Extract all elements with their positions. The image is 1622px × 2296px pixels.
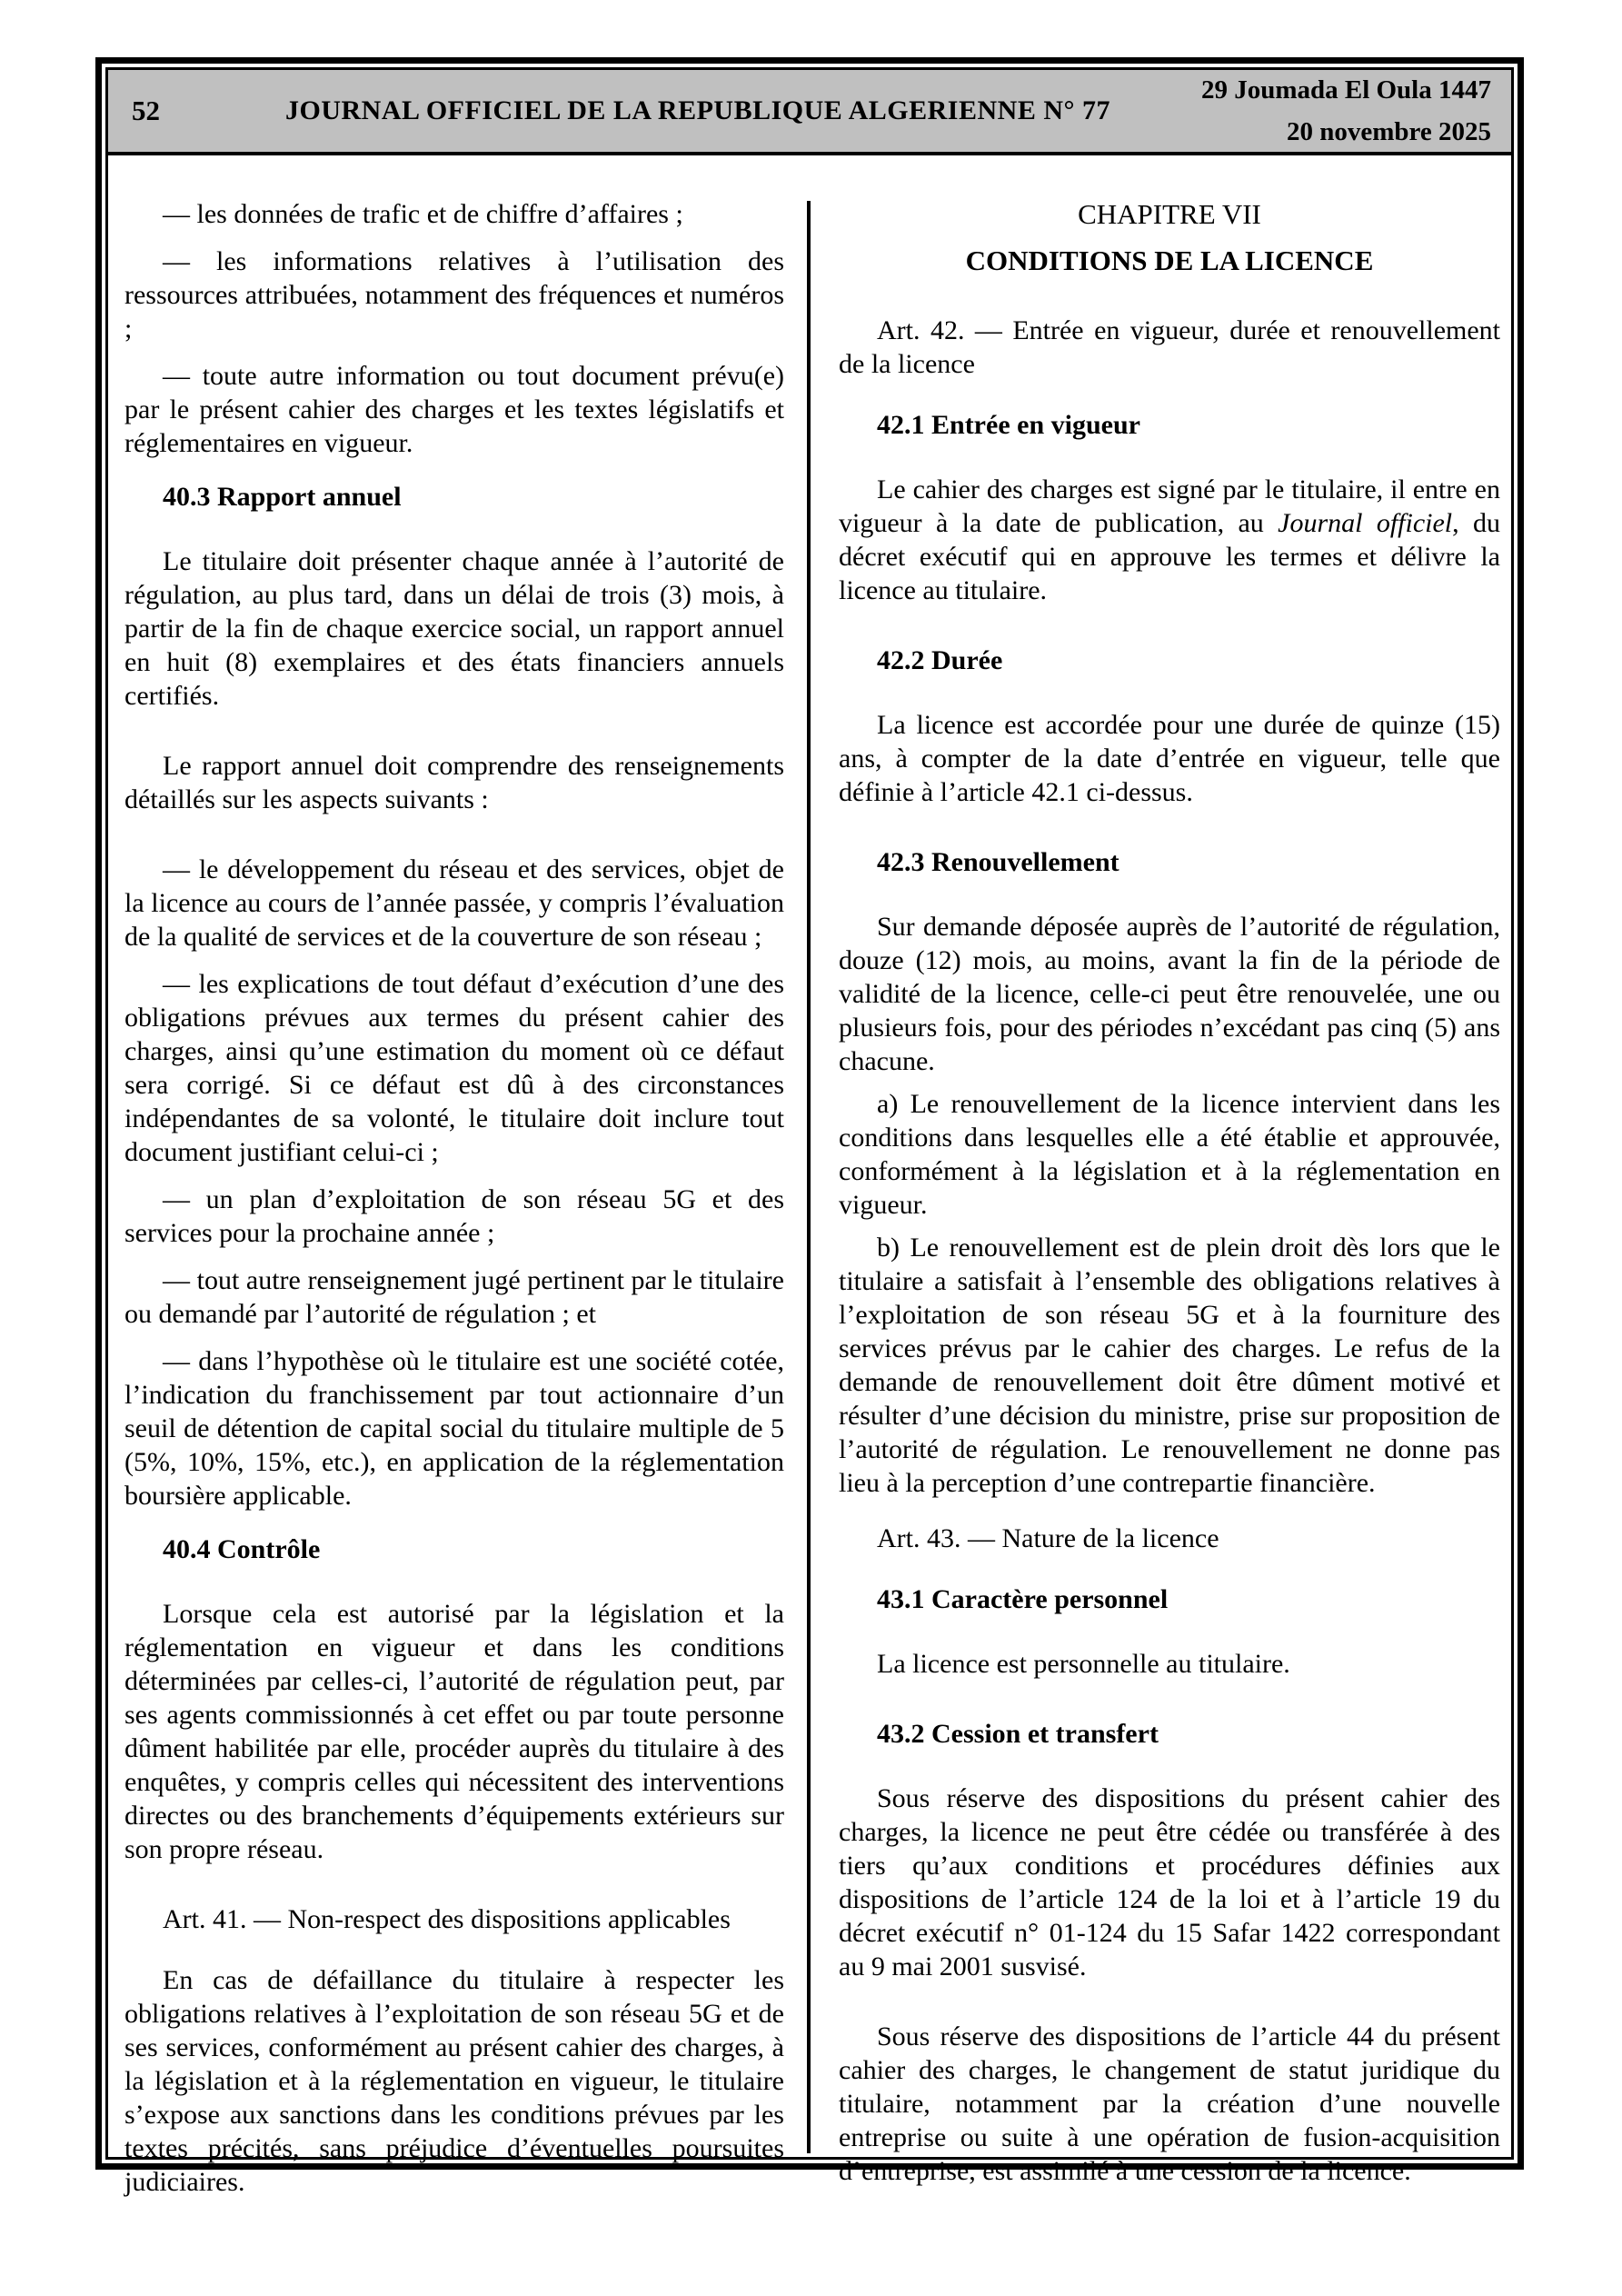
page-frame: 52 JOURNAL OFFICIEL DE LA REPUBLIQUE ALG… (105, 67, 1514, 2160)
section-heading: 43.1 Caractère personnel (839, 1582, 1500, 1616)
list-item: — le développement du réseau et des serv… (124, 853, 784, 953)
journal-header: 52 JOURNAL OFFICIEL DE LA REPUBLIQUE ALG… (108, 70, 1511, 155)
journal-title: JOURNAL OFFICIEL DE LA REPUBLIQUE ALGERI… (268, 95, 1128, 126)
section-heading: 40.3 Rapport annuel (124, 480, 784, 514)
section-heading: 42.3 Renouvellement (839, 845, 1500, 879)
list-item: — toute autre information ou tout docume… (124, 359, 784, 460)
section-heading: 40.4 Contrôle (124, 1532, 784, 1566)
list-item: — les explications de tout défaut d’exéc… (124, 967, 784, 1169)
paragraph: Sous réserve des dispositions de l’artic… (839, 2020, 1500, 2188)
paragraph: a) Le renouvellement de la licence inter… (839, 1087, 1500, 1222)
paragraph: Sur demande déposée auprès de l’autorité… (839, 910, 1500, 1078)
chapter-number: CHAPITRE VII (839, 197, 1500, 231)
column-divider (807, 201, 811, 2153)
paragraph: Le titulaire doit présenter chaque année… (124, 544, 784, 713)
article-heading: Art. 42. — Entrée en vigueur, durée et r… (839, 314, 1500, 381)
chapter-title: CONDITIONS DE LA LICENCE (839, 244, 1500, 277)
list-item: — les données de trafic et de chiffre d’… (124, 197, 784, 231)
paragraph: La licence est personnelle au titulaire. (839, 1647, 1500, 1681)
paragraph: Sous réserve des dispositions du présent… (839, 1782, 1500, 1983)
issue-dates: 29 Joumada El Oula 1447 20 novembre 2025 (1128, 69, 1511, 153)
list-item: — un plan d’exploitation de son réseau 5… (124, 1183, 784, 1250)
paragraph: En cas de défaillance du titulaire à res… (124, 1963, 784, 2199)
page-number: 52 (108, 95, 268, 127)
paragraph: Lorsque cela est autorisé par la législa… (124, 1597, 784, 1866)
journal-officiel-italic: Journal officiel (1278, 508, 1452, 538)
list-item: — les informations relatives à l’utilisa… (124, 245, 784, 345)
date-hijri: 29 Joumada El Oula 1447 (1128, 69, 1491, 111)
date-gregorian: 20 novembre 2025 (1128, 111, 1491, 153)
paragraph: La licence est accordée pour une durée d… (839, 708, 1500, 809)
left-column: — les données de trafic et de chiffre d’… (124, 155, 784, 2235)
article-heading: Art. 41. — Non-respect des dispositions … (124, 1902, 784, 1936)
paragraph: b) Le renouvellement est de plein droit … (839, 1231, 1500, 1500)
list-item: — dans l’hypothèse où le titulaire est u… (124, 1344, 784, 1512)
article-heading: Art. 43. — Nature de la licence (839, 1522, 1500, 1555)
section-heading: 42.1 Entrée en vigueur (839, 408, 1500, 442)
paragraph: Le cahier des charges est signé par le t… (839, 473, 1500, 607)
paragraph: Le rapport annuel doit comprendre des re… (124, 749, 784, 816)
right-column: CHAPITRE VII CONDITIONS DE LA LICENCE Ar… (839, 155, 1500, 2224)
section-heading: 42.2 Durée (839, 644, 1500, 677)
section-heading: 43.2 Cession et transfert (839, 1717, 1500, 1751)
list-item: — tout autre renseignement jugé pertinen… (124, 1263, 784, 1331)
page-body: — les données de trafic et de chiffre d’… (108, 155, 1511, 2157)
